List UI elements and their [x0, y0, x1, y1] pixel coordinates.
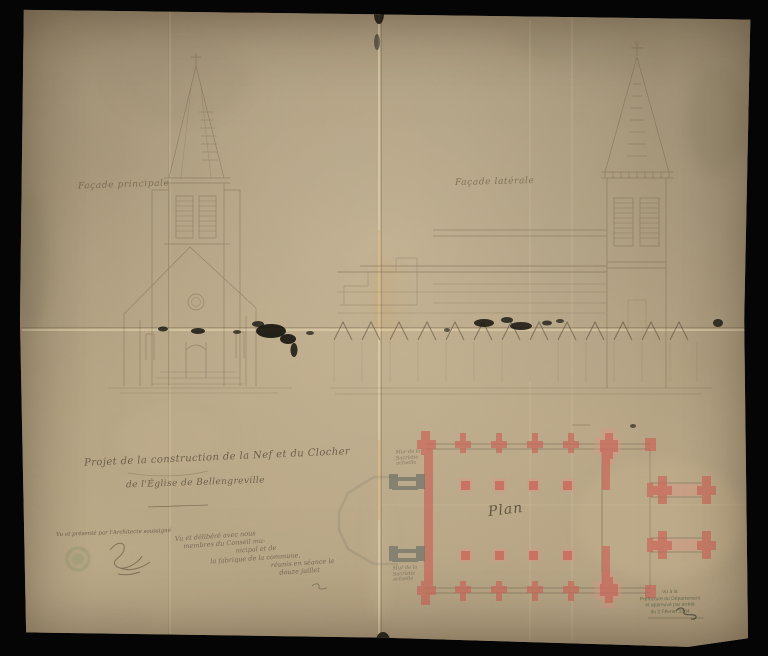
- scanned-drawing-canvas: Façade principale Façade latérale Projet…: [0, 0, 768, 656]
- paper-sheet: Façade principale Façade latérale Projet…: [0, 0, 768, 656]
- edge-vignette: [0, 0, 768, 656]
